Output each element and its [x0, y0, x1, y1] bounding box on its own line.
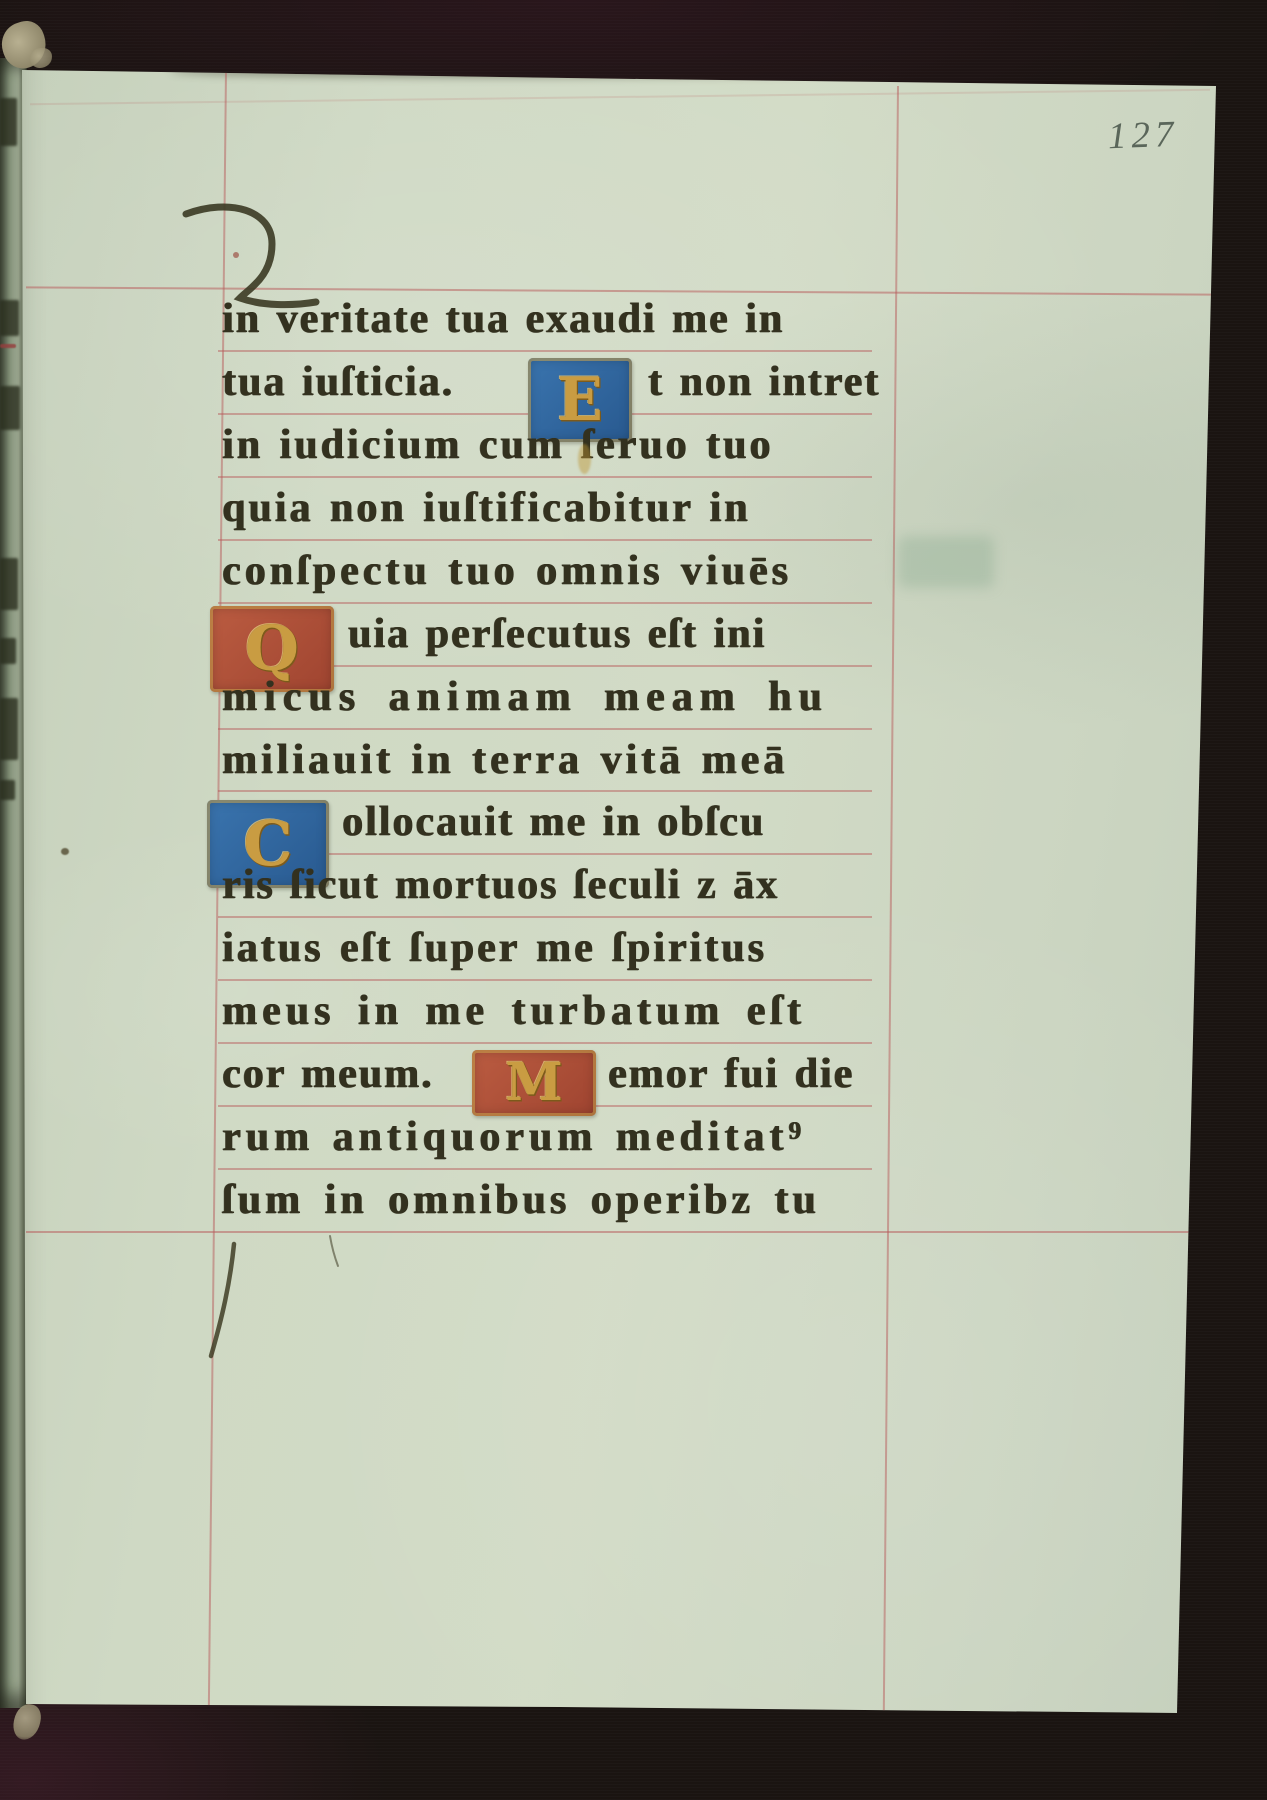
line-text: ſum in omnibus operibz tu — [222, 1176, 820, 1224]
text-line: meus in me turbatum eſt — [222, 979, 942, 1042]
text-line: ſum in omnibus operibz tu — [222, 1168, 942, 1231]
text-line: ris ſicut mortuos ſeculi z āx — [222, 853, 942, 916]
discoloration-patch — [898, 536, 994, 588]
parchment-spot — [61, 848, 69, 855]
line-text: quia non iuſtificabitur in — [222, 484, 751, 532]
edge-text-smudge — [0, 98, 17, 146]
text-line: in veritate tua exaudi me in — [222, 287, 942, 350]
line-text: miliauit in terra vitā meā — [222, 736, 788, 784]
text-line: conſpectu tuo omnis viuēs — [222, 539, 942, 602]
text-line: ollocauit me in obſcu — [342, 790, 1062, 853]
line-text: uia perſecutus eſt ini — [348, 610, 766, 658]
ruling-line-h — [30, 89, 1210, 105]
text-line: tua iuſticia.t non intret — [222, 350, 942, 413]
text-line: quia non iuſtificabitur in — [222, 476, 942, 539]
line-text: t non intret — [648, 358, 880, 406]
edge-ruling-smudge — [0, 344, 16, 348]
line-text: meus in me turbatum eſt — [222, 987, 806, 1035]
text-line: miliauit in terra vitā meā — [222, 728, 942, 791]
ruling-line-h — [26, 1231, 1212, 1233]
line-text: iatus eſt ſuper me ſpiritus — [222, 924, 767, 972]
line-text: rum antiquorum meditat⁹ — [222, 1113, 806, 1161]
hairline-descender — [330, 1236, 338, 1266]
text-line: uia perſecutus eſt ini — [348, 602, 1068, 665]
edge-text-smudge — [0, 558, 18, 610]
line-text: ollocauit me in obſcu — [342, 798, 765, 846]
ink-drip-stain — [578, 444, 591, 474]
text-line: micus animam meam hu — [222, 665, 942, 728]
line-text: emor fui die — [608, 1050, 854, 1098]
line-text: micus animam meam hu — [222, 673, 829, 721]
text-line: cor meum.emor fui die — [222, 1042, 942, 1105]
line-text: tua iuſticia. — [222, 358, 454, 406]
text-line: iatus eſt ſuper me ſpiritus — [222, 916, 942, 979]
line-text: in veritate tua exaudi me in — [222, 295, 784, 343]
page-edge-smudge — [170, 66, 830, 78]
edge-text-smudge — [0, 300, 19, 336]
edge-text-smudge — [0, 386, 20, 430]
line-text: ris ſicut mortuos ſeculi z āx — [222, 861, 779, 909]
manuscript-photo: 127 E Q C M in veritate tua exaudi me in… — [0, 0, 1267, 1800]
text-line: rum antiquorum meditat⁹ — [222, 1105, 942, 1168]
line-text: cor meum. — [222, 1050, 434, 1098]
folio-number: 127 — [1107, 113, 1179, 158]
parchment-spot — [233, 252, 239, 258]
edge-text-smudge — [0, 638, 16, 664]
binding-thread — [30, 48, 52, 68]
line-text: conſpectu tuo omnis viuēs — [222, 547, 792, 595]
line-text: in iudicium cum ſeruo tuo — [222, 421, 773, 469]
parchment-page: 127 E Q C M in veritate tua exaudi me in… — [0, 0, 1267, 1800]
edge-text-smudge — [0, 698, 18, 760]
edge-text-smudge — [0, 780, 15, 800]
